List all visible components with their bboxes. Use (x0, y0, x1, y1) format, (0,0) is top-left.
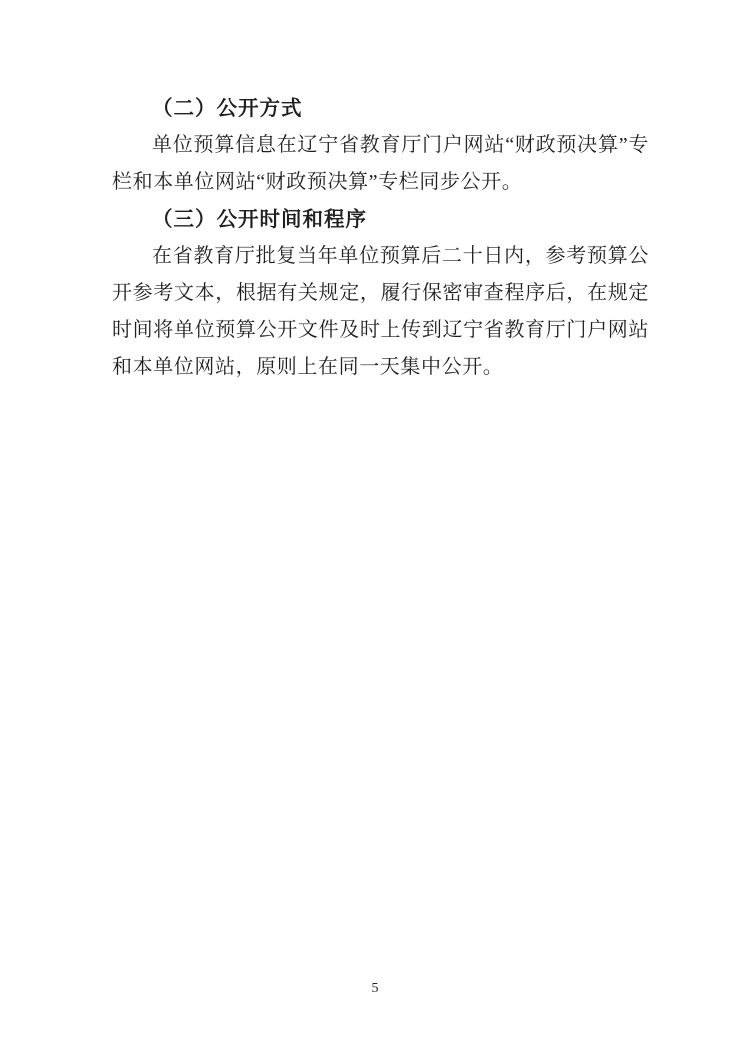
section-heading-3-disclosure-time-procedure: （三）公开时间和程序 (112, 201, 649, 238)
section-heading-2-disclosure-method: （二）公开方式 (112, 90, 649, 127)
paragraph-disclosure-method: 单位预算信息在辽宁省教育厅门户网站“财政预决算”专栏和本单位网站“财政预决算”专… (112, 127, 649, 201)
page-number: 5 (0, 980, 750, 998)
paragraph-disclosure-time-procedure: 在省教育厅批复当年单位预算后二十日内，参考预算公开参考文本，根据有关规定，履行保… (112, 238, 649, 386)
document-body: （二）公开方式 单位预算信息在辽宁省教育厅门户网站“财政预决算”专栏和本单位网站… (112, 90, 649, 386)
document-page: （二）公开方式 单位预算信息在辽宁省教育厅门户网站“财政预决算”专栏和本单位网站… (0, 0, 750, 1061)
